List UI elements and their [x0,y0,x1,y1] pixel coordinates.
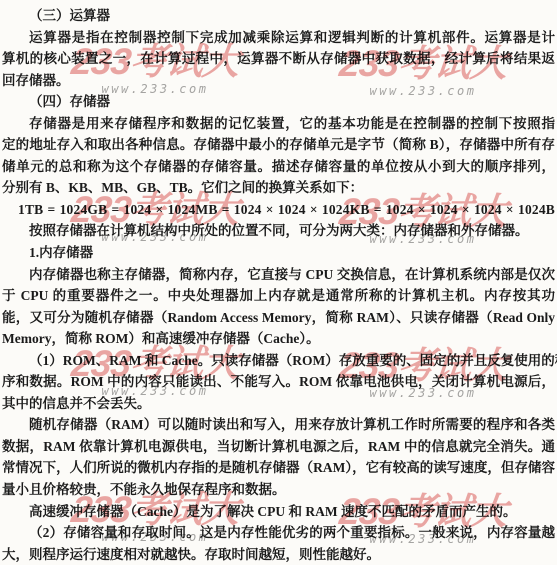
capacity-conversion-formula: 1TB = 1024GB = 1024 × 1024MB = 1024 × 10… [2,199,555,221]
doc-line: 大，则程序运行速度相对就越快。存取时间越短，则性能越好。 [2,544,555,565]
doc-line: 算机的核心装置之一，在计算过程中，运算器不断从存储器中获取数据，经计算后将结果返 [2,48,555,70]
doc-line: 定的地址存入和取出各种信息。存储器中最小的存储单元是字节（简称 B），存储器中所… [2,134,555,156]
doc-line: 分别有 B、KB、MB、GB、TB。它们之间的换算关系如下： [2,177,555,199]
doc-line: （1）ROM、RAM 和 Cache。只读存储器（ROM）存放重要的、固定的并且… [2,350,555,372]
doc-line: 能，又可分为随机存储器（Random Access Memory，简称 RAM）… [2,307,555,329]
doc-line: 回存储器。 [2,70,555,92]
doc-line: 高速缓冲存储器（Cache）是为了解决 CPU 和 RAM 速度不匹配的矛盾而产… [2,501,555,523]
doc-line: 随机存储器（RAM）可以随时读出和写入，用来存放计算机工作时所需要的程序和各类 [2,414,555,436]
doc-line: 数据，RAM 依靠计算机电源供电，当切断计算机电源之后，RAM 中的信息就完全消… [2,436,555,458]
doc-line: 量小且价格较贵，不能永久地保存程序和数据。 [2,479,555,501]
doc-line: 运算器是指在控制器控制下完成加减乘除运算和逻辑判断的计算机部件。运算器是计 [2,27,555,49]
doc-line: 其中的信息并不会丢失。 [2,393,555,415]
doc-line: 按照存储器在计算机结构中所处的位置不同，可分为两大类：内存储器和外存储器。 [2,220,555,242]
doc-line: 储单元的总和称为这个存储器的存储容量。描述存储容量的单位按从小到大的顺序排列， [2,156,555,178]
subsection-heading-internal-memory: 1.内存储器 [2,242,555,264]
section-heading-memory: （四）存储器 [2,91,555,113]
doc-line: 序和数据。ROM 中的内容只能读出、不能写入。ROM 依靠电池供电，关闭计算机电… [2,371,555,393]
section-heading-arithmetic-unit: （三）运算器 [2,5,555,27]
doc-line: 内存储器也称主存储器，简称内存，它直接与 CPU 交换信息，在计算机系统内部是仅… [2,264,555,286]
doc-line: （2）存储容量和存取时间。这是内存性能优劣的两个重要指标。一般来说，内存容量越 [2,522,555,544]
doc-line: 常情况下，人们所说的微机内存指的是随机存储器（RAM），它有较高的读写速度，但存… [2,457,555,479]
doc-line: 于 CPU 的重要器件之一。中央处理器加上内存就是通常所称的计算机主机。内存按其… [2,285,555,307]
doc-line: 存储器是用来存储程序和数据的记忆装置，它的基本功能是在控制器的控制下按照指 [2,113,555,135]
scanned-document-page: （三）运算器 运算器是指在控制器控制下完成加减乘除运算和逻辑判断的计算机部件。运… [0,0,557,565]
document-text-column: （三）运算器 运算器是指在控制器控制下完成加减乘除运算和逻辑判断的计算机部件。运… [0,0,557,565]
doc-line: Memory，简称 ROM）和高速缓冲存储器（Cache）。 [2,328,555,350]
